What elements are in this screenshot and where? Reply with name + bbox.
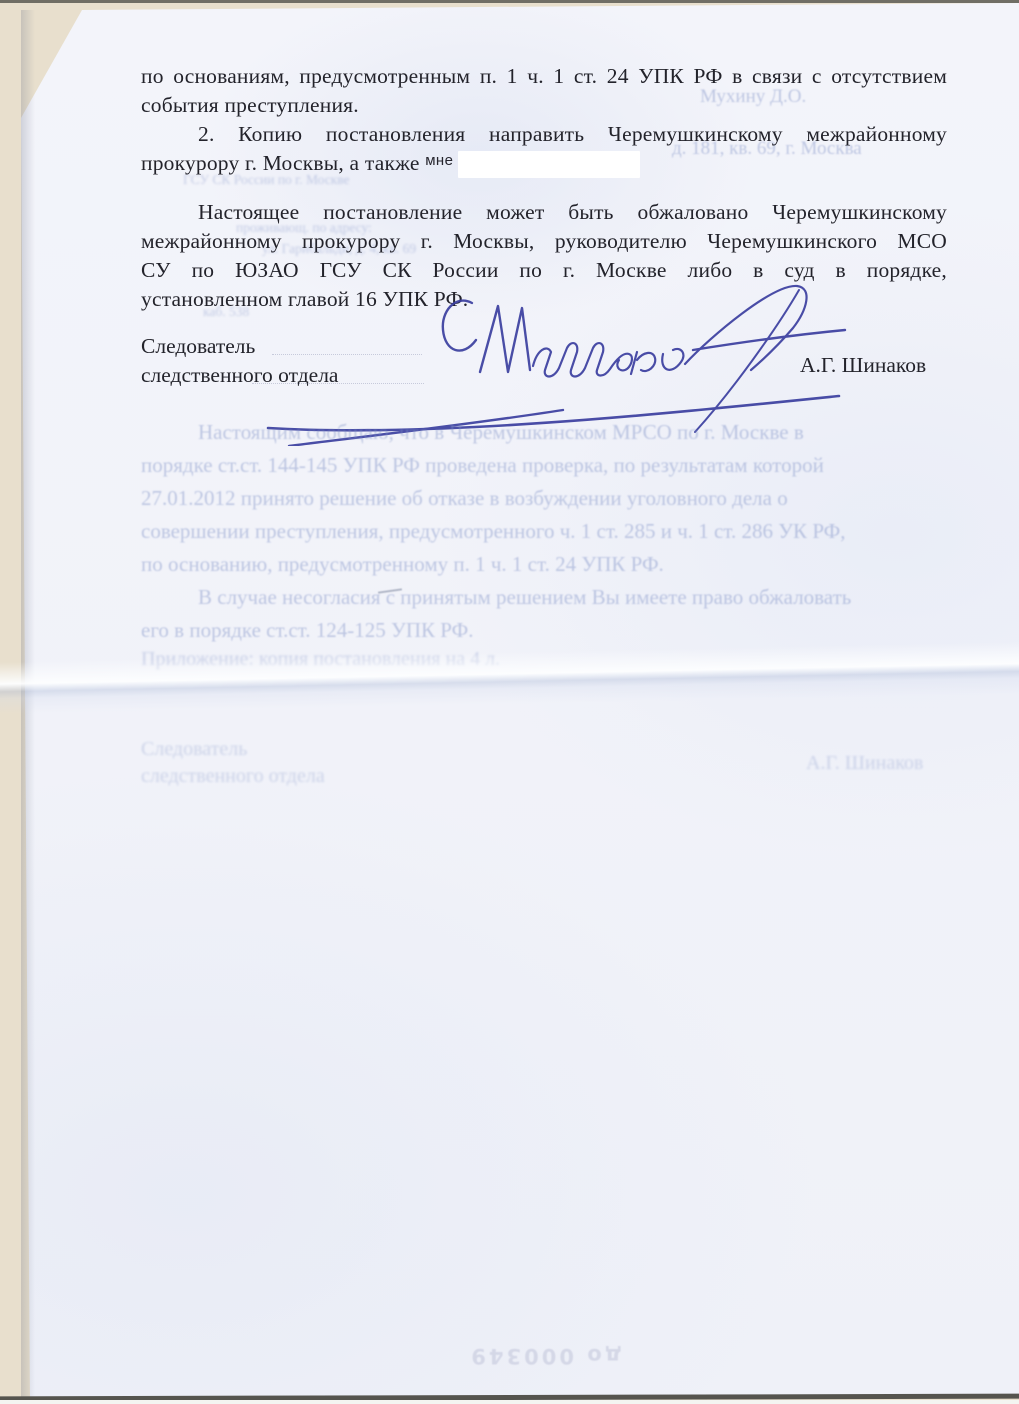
bleedthrough-line: В случае несогласия с принятым решением … <box>141 581 953 614</box>
text-line: Настоящее постановление может быть обжал… <box>141 198 947 227</box>
bleedthrough-line: Настоящим сообщаю, что в Черемушкинском … <box>141 416 953 449</box>
text-line-with-redaction: прокурору г. Москвы, а также мне <box>141 149 947 180</box>
signature-stroke <box>480 306 530 372</box>
signature-stroke <box>533 343 632 376</box>
scan-top-edge <box>0 0 1019 3</box>
signature-stroke <box>693 330 845 350</box>
bleedthrough-role-line: Следователь <box>141 738 247 761</box>
scan-bottom-margin <box>0 1400 1019 1404</box>
text-line: события преступления. <box>141 91 947 120</box>
redaction-box <box>458 151 640 178</box>
bleedthrough-line: 27.01.2012 принято решение об отказе в в… <box>141 482 953 515</box>
bleedthrough-line: его в порядке ст.ст. 124-125 УПК РФ. <box>141 614 953 647</box>
signature-stroke <box>685 286 807 370</box>
bleedthrough-line: по основанию, предусмотренному п. 1 ч. 1… <box>141 548 953 581</box>
bleedthrough-name: А.Г. Шинаков <box>806 752 923 775</box>
scanned-document-page: { "page": { "colors": { "scanner_bg": "#… <box>0 0 1019 1404</box>
bleedthrough-line: порядке ст.ст. 144-145 УПК РФ проведена … <box>141 449 953 482</box>
signature-stroke <box>443 301 476 351</box>
signature-stroke <box>695 290 799 432</box>
signature-stroke <box>631 349 683 374</box>
text-line: межрайонному прокурору г. Москвы, руково… <box>141 227 947 256</box>
text-line: 2. Копию постановления направить Черемуш… <box>141 120 947 149</box>
bleedthrough-line: совершении преступления, предусмотренног… <box>141 515 953 548</box>
paragraph-1: по основаниям, предусмотренным п. 1 ч. 1… <box>141 62 947 120</box>
text-fragment: прокурору г. Москвы, а также <box>141 151 420 175</box>
inserted-word: мне <box>425 152 453 169</box>
paragraph-item-2: 2. Копию постановления направить Черемуш… <box>141 120 947 180</box>
text-line: по основаниям, предусмотренным п. 1 ч. 1… <box>141 62 947 91</box>
bleedthrough-role-line: следственного отдела <box>141 765 325 788</box>
bleedthrough-paragraph: Настоящим сообщаю, что в Черемушкинском … <box>141 416 953 647</box>
bleedthrough-attachment-line: Приложение: копия постановления на 4 л. <box>141 648 500 671</box>
bleedthrough-stamp-number: до 000349 <box>430 1344 660 1368</box>
